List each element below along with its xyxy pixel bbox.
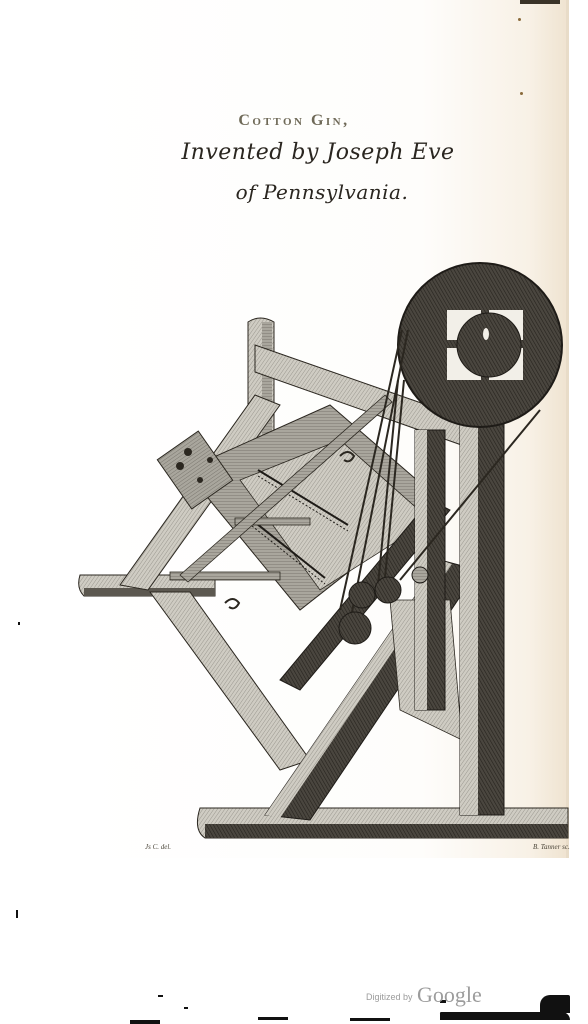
scan-speck — [540, 995, 570, 1013]
flywheel — [398, 263, 562, 427]
scan-speck — [158, 995, 163, 997]
watermark-prefix: Digitized by — [366, 992, 413, 1002]
scan-speck — [130, 1020, 160, 1024]
caption-engraver: B. Tanner sc. — [533, 843, 570, 851]
scan-speck — [258, 1017, 288, 1020]
google-logo-text: Google — [417, 982, 482, 1007]
scan-speck — [184, 1007, 188, 1009]
scan-speck — [350, 1018, 390, 1021]
scan-speck — [16, 910, 18, 918]
scan-speck — [440, 1012, 570, 1020]
scan-speck — [520, 92, 523, 95]
base-beam — [197, 808, 568, 838]
scan-speck — [518, 18, 521, 21]
cotton-gin-illustration — [0, 0, 588, 1024]
digitized-watermark: Digitized by Google — [366, 982, 482, 1008]
scan-speck — [18, 622, 20, 625]
caption-draftsman: Js C. del. — [145, 843, 171, 851]
